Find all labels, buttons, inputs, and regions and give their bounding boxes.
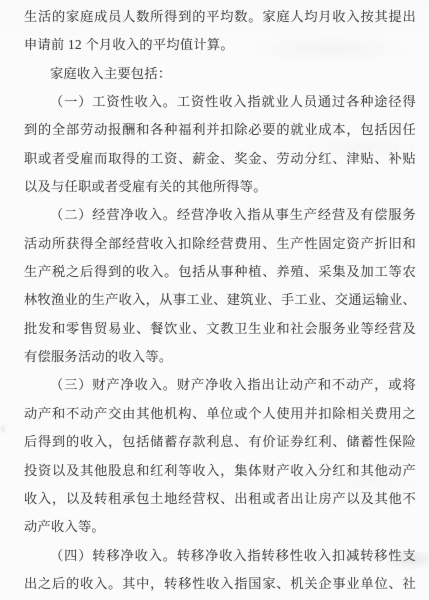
text-line: （三）财产净收入。财产净收入指出让动产和不动产，或将 <box>24 371 416 399</box>
text-line: 申请前 12 个月收入的平均值计算。 <box>24 31 416 59</box>
text-line: 家庭收入主要包括： <box>24 60 416 88</box>
text-line: 林牧渔业的生产收入，从事工业、建筑业、手工业、交通运输业、 <box>24 286 416 314</box>
text-line: 出之后的收入。其中，转移性收入指国家、机关企事业单位、社 <box>24 570 416 598</box>
text-line: 活动所获得全部经营收入扣除经营费用、生产性固定资产折旧和 <box>24 230 416 258</box>
text-line: （一）工资性收入。工资性收入指就业人员通过各种途径得 <box>24 88 416 116</box>
text-block: 生活的家庭成员人数所得到的平均数。家庭人均月收入按其提出申请前 12 个月收入的… <box>24 3 416 598</box>
text-line: 动产和不动产交由其他机构、单位或个人使用并扣除相关费用之 <box>24 400 416 428</box>
text-line: 职或者受雇而取得的工资、薪金、奖金、劳动分红、津贴、补贴 <box>24 145 416 173</box>
text-line: 收入，以及转租承包土地经营权、出租或者出让房产以及其他不 <box>24 485 416 513</box>
scanned-document-page: 生活的家庭成员人数所得到的平均数。家庭人均月收入按其提出申请前 12 个月收入的… <box>0 0 429 600</box>
text-line: 生活的家庭成员人数所得到的平均数。家庭人均月收入按其提出 <box>24 3 416 31</box>
scan-smudge <box>0 424 6 434</box>
text-line: 以及与任职或者受雇有关的其他所得等。 <box>24 173 416 201</box>
text-line: （四）转移净收入。转移净收入指转移性收入扣减转移性支 <box>24 542 416 570</box>
text-line: 批发和零售贸易业、餐饮业、文教卫生业和社会服务业等经营及 <box>24 315 416 343</box>
text-line: 动产收入等。 <box>24 513 416 541</box>
text-line: 后得到的收入，包括储蓄存款利息、有价证券红利、储蓄性保险 <box>24 428 416 456</box>
text-line: （二）经营净收入。经营净收入指从事生产经营及有偿服务 <box>24 201 416 229</box>
text-line: 到的全部劳动报酬和各种福利并扣除必要的就业成本，包括因任 <box>24 116 416 144</box>
text-line: 生产税之后得到的收入。包括从事种植、养殖、采集及加工等农 <box>24 258 416 286</box>
text-line: 有偿服务活动的收入等。 <box>24 343 416 371</box>
text-line: 投资以及其他股息和红利等收入，集体财产收入分红和其他动产 <box>24 457 416 485</box>
